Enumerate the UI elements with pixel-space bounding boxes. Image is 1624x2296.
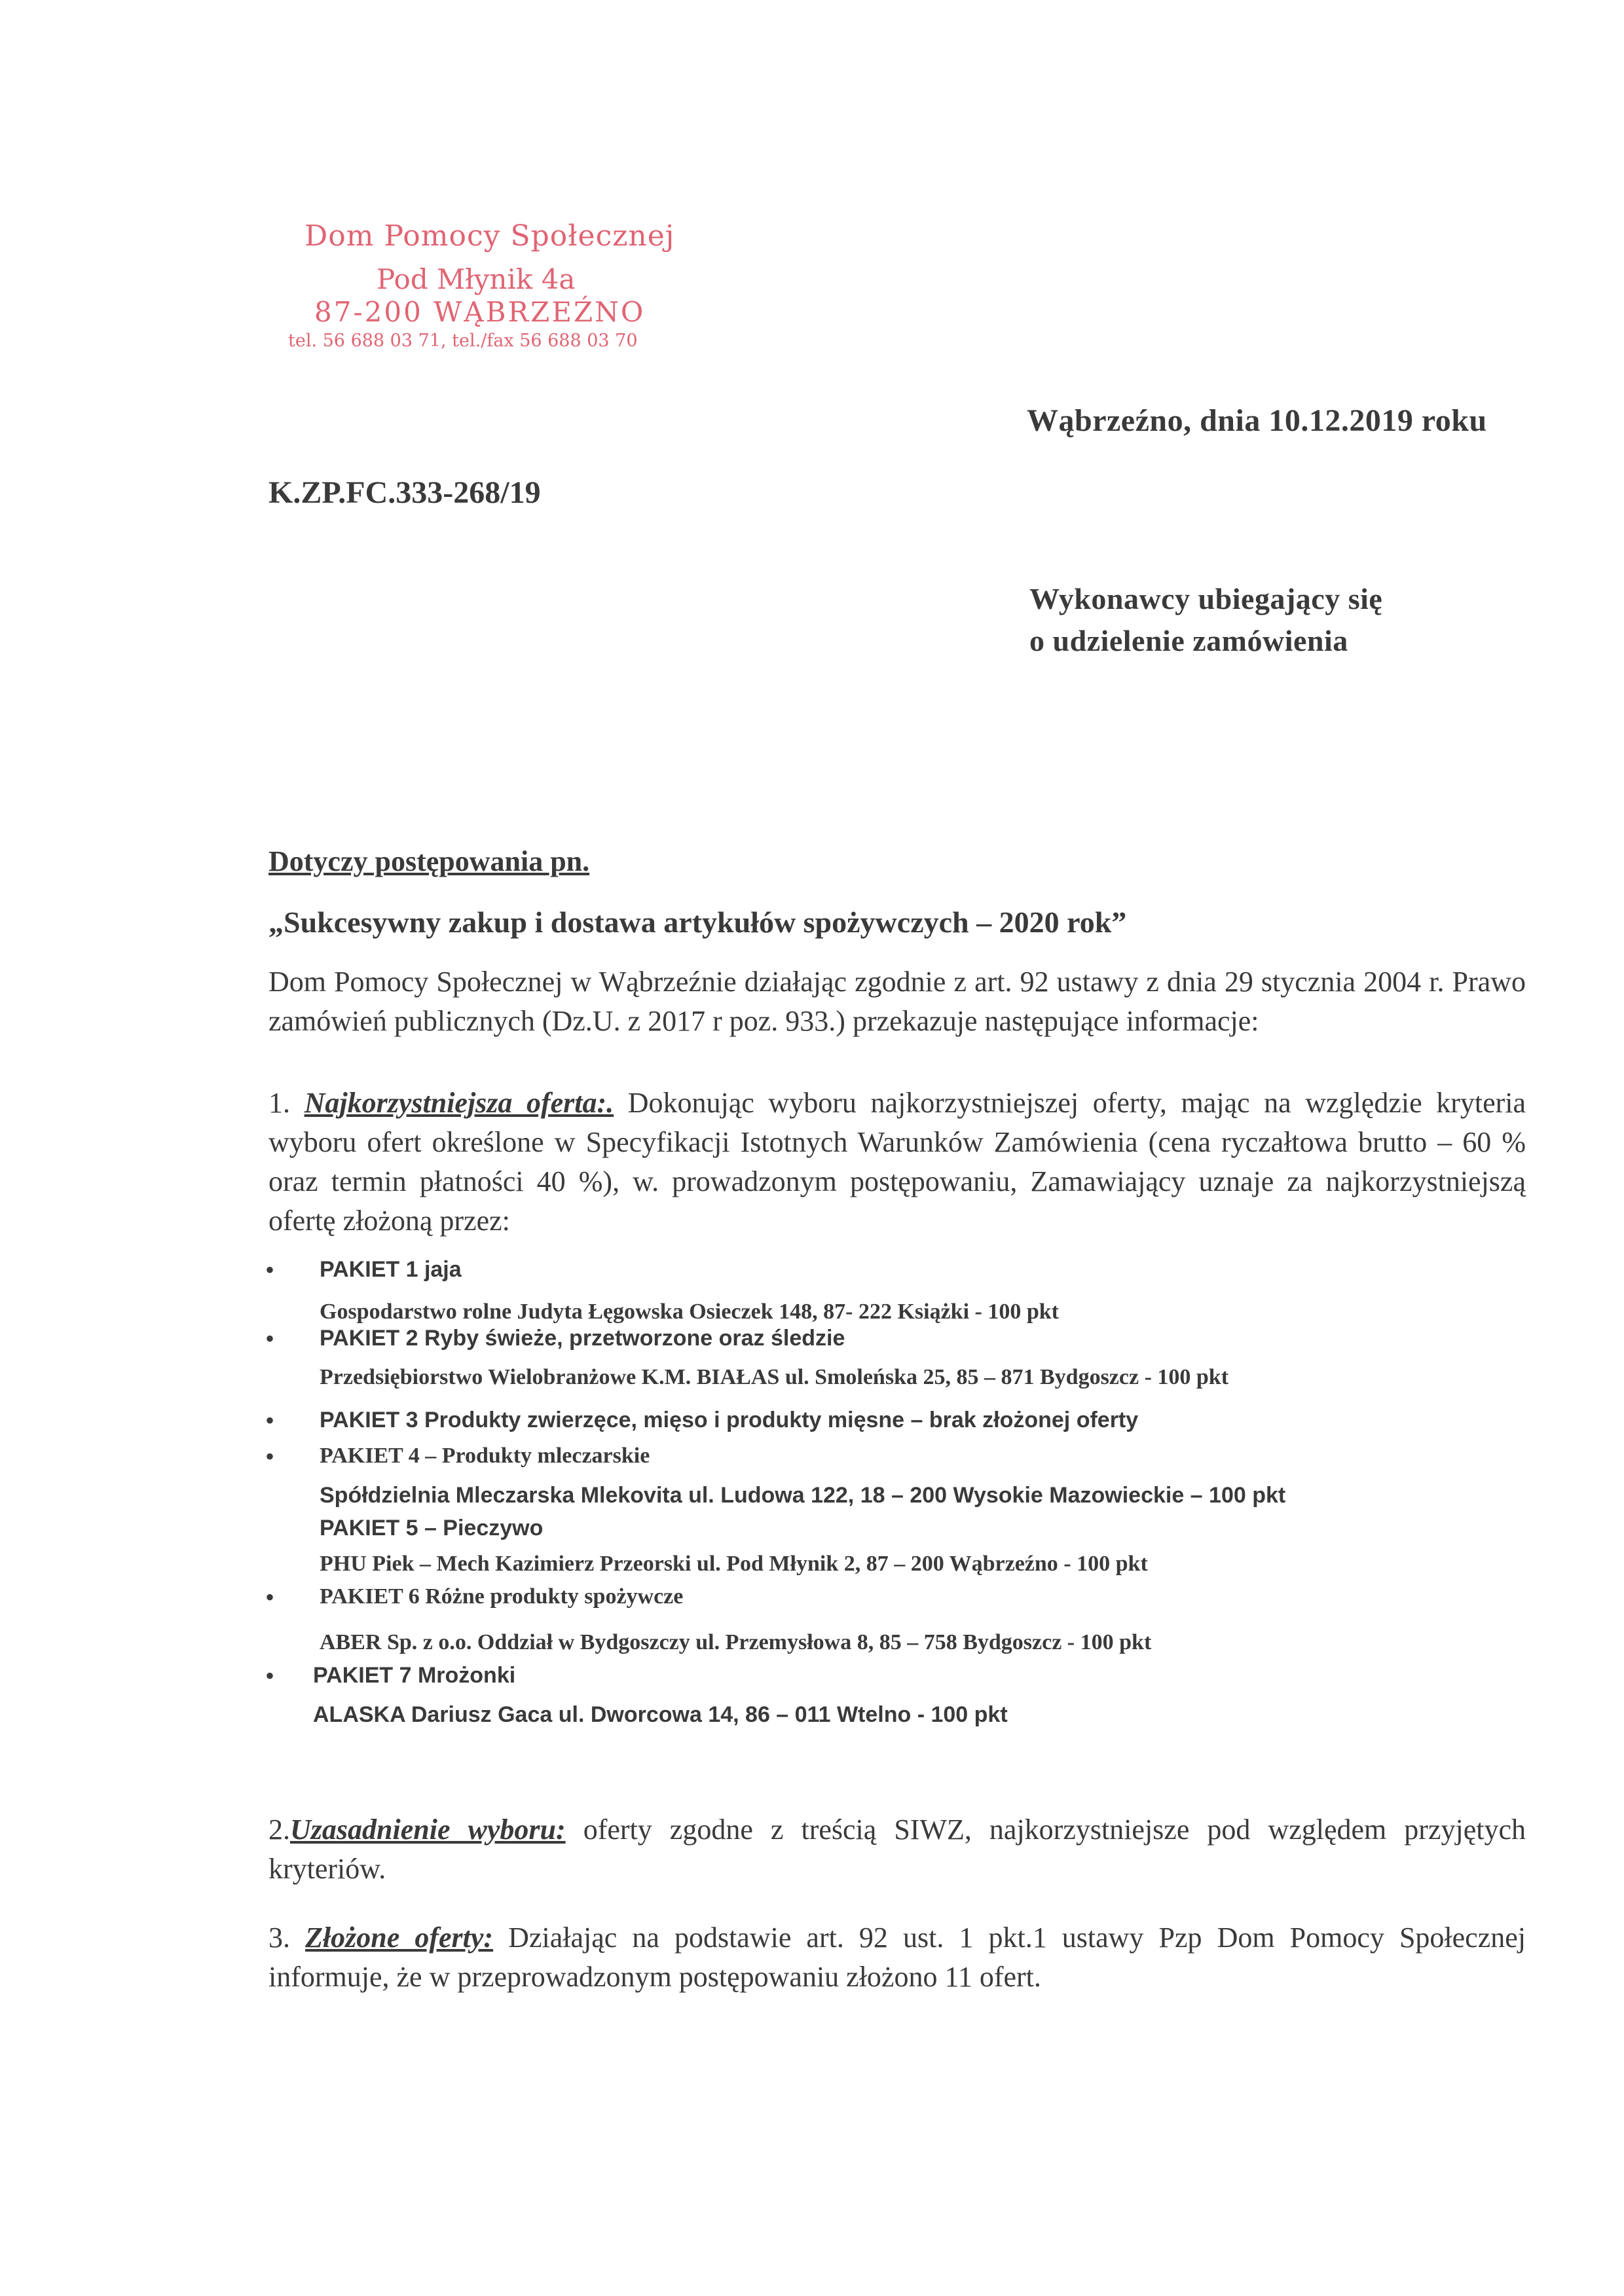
section-3-heading: Złożone oferty: — [305, 1922, 493, 1954]
package-winner: PHU Piek – Mech Kazimierz Przeorski ul. … — [320, 1552, 1148, 1576]
package-winner: ALASKA Dariusz Gaca ul. Dworcowa 14, 86 … — [313, 1702, 1008, 1728]
section-2-heading: Uzasadnienie wyboru: — [290, 1813, 566, 1846]
package-title: PAKIET 3 Produkty zwierzęce, mięso i pro… — [320, 1408, 1138, 1433]
bullet-icon: • — [265, 1323, 274, 1354]
package-title: PAKIET 6 Różne produkty spożywcze — [320, 1584, 683, 1609]
bullet-icon: • — [265, 1254, 274, 1285]
addressee-line-2: o udzielenie zamówienia — [1029, 623, 1348, 658]
package-title: PAKIET 5 – Pieczywo — [320, 1516, 543, 1541]
section-3-number: 3. — [268, 1922, 290, 1954]
reference-number: K.ZP.FC.333-268/19 — [268, 475, 541, 511]
subject-label: Dotyczy postępowania pn. — [268, 845, 589, 878]
section-2: 2.Uzasadnienie wyboru: oferty zgodne z t… — [268, 1810, 1526, 1889]
package-title: PAKIET 2 Ryby świeże, przetworzone oraz … — [320, 1326, 845, 1351]
package-title: PAKIET 7 Mrożonki — [313, 1663, 515, 1688]
addressee-line-1: Wykonawcy ubiegający się — [1029, 581, 1382, 616]
section-1: 1. Najkorzystniejsza oferta:. Dokonując … — [268, 1084, 1526, 1241]
procurement-title: „Sukcesywny zakup i dostawa artykułów sp… — [268, 905, 1126, 939]
section-1-heading: Najkorzystniejsza oferta:. — [304, 1087, 614, 1119]
stamp-phone: tel. 56 688 03 71, tel./fax 56 688 03 70 — [288, 331, 638, 351]
stamp-street: Pod Młynik 4a — [377, 263, 575, 295]
package-title: PAKIET 1 jaja — [320, 1257, 462, 1283]
package-winner: ABER Sp. z o.o. Oddział w Bydgoszczy ul.… — [320, 1630, 1151, 1655]
package-winner: Spółdzielnia Mleczarska Mlekovita ul. Lu… — [320, 1483, 1285, 1508]
section-2-number: 2. — [268, 1813, 290, 1846]
package-winner: Gospodarstwo rolne Judyta Łęgowska Osiec… — [320, 1300, 1059, 1324]
stamp-institution-name: Dom Pomocy Społecznej — [304, 219, 674, 253]
package-title: PAKIET 4 – Produkty mleczarskie — [320, 1444, 650, 1468]
bullet-icon: • — [265, 1405, 274, 1436]
stamp-city: 87-200 WĄBRZEŹNO — [314, 296, 645, 328]
package-winner: Przedsiębiorstwo Wielobranżowe K.M. BIAŁ… — [320, 1365, 1228, 1390]
place-date: Wąbrzeźno, dnia 10.12.2019 roku — [1027, 403, 1487, 439]
bullet-icon: • — [265, 1582, 274, 1613]
bullet-icon: • — [265, 1660, 274, 1691]
section-3: 3. Złożone oferty: Działając na podstawi… — [268, 1918, 1526, 1997]
bullet-icon: • — [265, 1441, 274, 1472]
section-1-number: 1. — [268, 1087, 290, 1119]
intro-paragraph: Dom Pomocy Społecznej w Wąbrzeźnie dział… — [268, 962, 1526, 1041]
